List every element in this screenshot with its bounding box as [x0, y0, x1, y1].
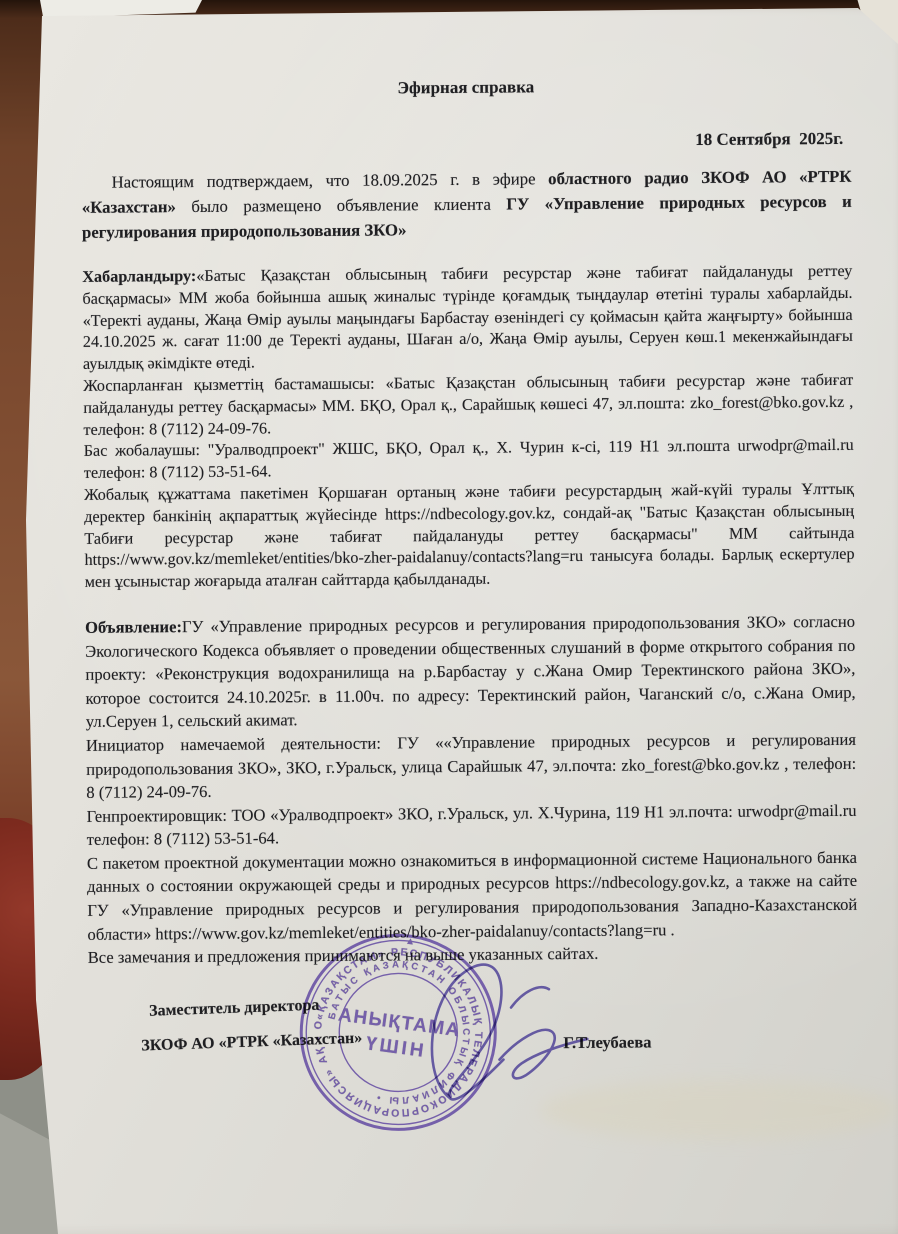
- stamp-logo-icon: ▲: [405, 936, 416, 948]
- handwritten-signature: [391, 947, 602, 1139]
- photo-of-document: Эфирная справка 18 Сентября 2025г. Насто…: [0, 0, 898, 1234]
- document-content: Эфирная справка 18 Сентября 2025г. Насто…: [0, 0, 898, 1234]
